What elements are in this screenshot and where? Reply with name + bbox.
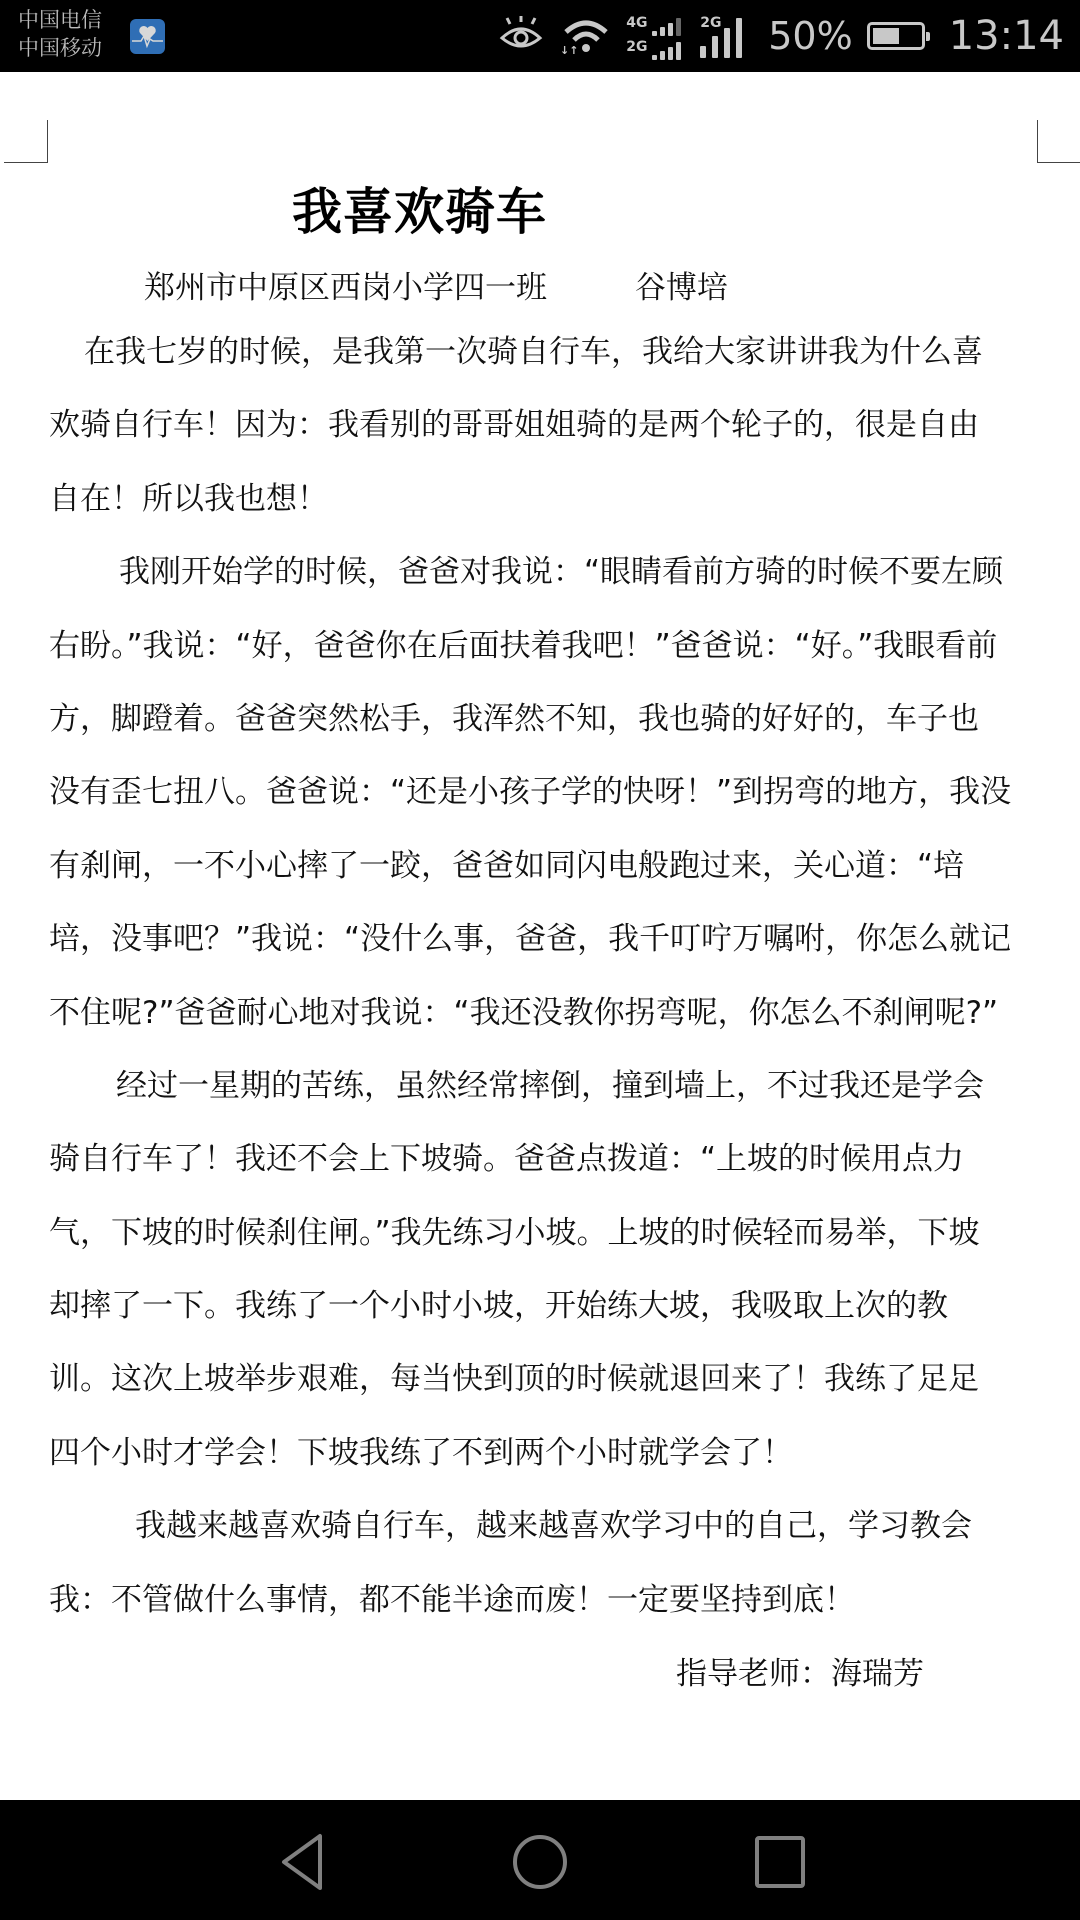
battery-percent: 50% — [768, 14, 852, 58]
heart-rate-icon — [130, 19, 165, 54]
battery-icon — [867, 22, 925, 50]
text-line: 骑自行车了！我还不会上下坡骑。爸爸点拨道：“上坡的时候用点力 — [49, 1123, 1039, 1196]
text-line: 我越来越喜欢骑自行车，越来越喜欢学习中的自己，学习教会 — [49, 1490, 1039, 1563]
text-line: 自在！所以我也想！ — [49, 463, 1039, 536]
text-line: 却摔了一下。我练了一个小时小坡，开始练大坡，我吸取上次的教 — [49, 1270, 1039, 1343]
document-title: 我喜欢骑车 — [292, 172, 547, 244]
text-line: 我刚开始学的时候，爸爸对我说：“眼睛看前方骑的时候不要左顾 — [49, 536, 1039, 609]
battery-fill — [873, 28, 899, 44]
status-icons: ↓↑ 4G 2G 2G 50% 13:14 — [496, 0, 1064, 72]
document-byline: 郑州市中原区西岗小学四一班 谷博培 — [144, 262, 728, 307]
text-line: 培，没事吧？”我说：“没什么事，爸爸，我千叮咛万嘱咐，你怎么就记 — [49, 903, 1039, 976]
carrier-names: 中国电信 中国移动 — [18, 6, 102, 62]
text-line: 欢骑自行车！因为：我看别的哥哥姐姐骑的是两个轮子的，很是自由 — [49, 389, 1039, 462]
home-icon — [510, 1832, 570, 1892]
recent-apps-button[interactable] — [750, 1832, 810, 1892]
document-body: 在我七岁的时候，是我第一次骑自行车，我给大家讲讲我为什么喜 欢骑自行车！因为：我… — [49, 316, 1039, 1637]
teacher-signature: 指导老师：海瑞芳 — [676, 1648, 924, 1693]
page-margin-corner-right — [1037, 120, 1080, 163]
eye-comfort-icon — [496, 14, 546, 58]
page-margin-corner-left — [4, 120, 48, 163]
carrier-2: 中国移动 — [18, 34, 102, 62]
status-bar: 中国电信 中国移动 ↓↑ 4G — [0, 0, 1080, 72]
text-line: 不住呢?”爸爸耐心地对我说：“我还没教你拐弯呢，你怎么不刹闸呢?” — [49, 977, 1039, 1050]
carrier-1: 中国电信 — [18, 6, 102, 34]
text-line: 右盼。”我说：“好，爸爸你在后面扶着我吧！”爸爸说：“好。”我眼看前 — [49, 610, 1039, 683]
signal-2g-icon: 2G — [700, 10, 754, 62]
back-button[interactable] — [270, 1832, 330, 1892]
text-line: 四个小时才学会！下坡我练了不到两个小时就学会了！ — [49, 1417, 1039, 1490]
text-line: 方，脚蹬着。爸爸突然松手，我浑然不知，我也骑的好好的，车子也 — [49, 683, 1039, 756]
text-line: 经过一星期的苦练，虽然经常摔倒，撞到墙上，不过我还是学会 — [49, 1050, 1039, 1123]
clock: 13:14 — [949, 13, 1064, 59]
wifi-icon: ↓↑ — [560, 14, 612, 58]
text-line: 训。这次上坡举步艰难，每当快到顶的时候就退回来了！我练了足足 — [49, 1343, 1039, 1416]
document-page[interactable]: 我喜欢骑车 郑州市中原区西岗小学四一班 谷博培 在我七岁的时候，是我第一次骑自行… — [0, 72, 1080, 1800]
text-line: 有刹闸，一不小心摔了一跤，爸爸如同闪电般跑过来，关心道：“培 — [49, 830, 1039, 903]
signal-4g-2g-icon: 4G 2G — [626, 10, 686, 62]
navigation-bar — [0, 1800, 1080, 1920]
svg-text:↓↑: ↓↑ — [560, 44, 578, 54]
school-name: 郑州市中原区西岗小学四一班 — [144, 270, 547, 306]
text-line: 我：不管做什么事情，都不能半途而废！一定要坚持到底！ — [49, 1564, 1039, 1637]
home-button[interactable] — [510, 1832, 570, 1892]
text-line: 在我七岁的时候，是我第一次骑自行车，我给大家讲讲我为什么喜 — [49, 316, 1039, 389]
author-name: 谷博培 — [635, 270, 728, 306]
back-icon — [270, 1832, 330, 1892]
text-line: 气，下坡的时候刹住闸。”我先练习小坡。上坡的时候轻而易举，下坡 — [49, 1197, 1039, 1270]
recent-apps-icon — [750, 1832, 810, 1892]
text-line: 没有歪七扭八。爸爸说：“还是小孩子学的快呀！”到拐弯的地方，我没 — [49, 756, 1039, 829]
